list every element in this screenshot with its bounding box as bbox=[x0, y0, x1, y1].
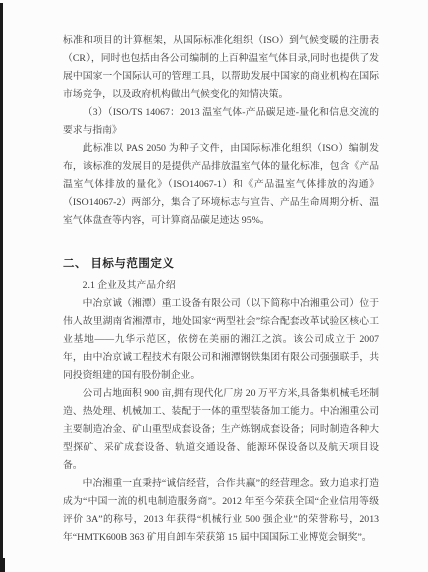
document-page: 标准和项目的计算框架，从国际标准化组织（ISO）到气候变暖的注册表（CR），同时… bbox=[0, 0, 428, 572]
section-heading-goals-scope: 二、 目标与范围定义 bbox=[63, 255, 379, 273]
paragraph-iso-ts-14067: （3）（ISO/TS 14067：2013 温室气体-产品碳足迹-量化和信息交流… bbox=[63, 104, 379, 140]
paragraph-framework-continuation: 标准和项目的计算框架，从国际标准化组织（ISO）到气候变暖的注册表（CR），同时… bbox=[63, 32, 379, 104]
paragraph-company-intro: 中冶京诚（湘潭）重工设备有限公司（以下简称中冶湘重公司）位于伟人故里湖南省湘潭市… bbox=[63, 295, 379, 385]
paragraph-company-capabilities: 公司占地面积 900 亩,拥有现代化厂房 20 万平方米,具备集机械毛坯制造、热… bbox=[63, 385, 379, 475]
paragraph-pas-2050: 此标准以 PAS 2050 为种子文件，由国际标准化组织（ISO）编制发布，该标… bbox=[63, 140, 379, 230]
scan-edge-corner bbox=[0, 558, 5, 572]
subsection-heading-company-intro: 2.1 企业及其产品介绍 bbox=[63, 277, 379, 295]
paragraph-company-honors: 中冶湘重一直秉持“诚信经营，合作共赢”的经营理念。致力追求打造成为“中国一流的机… bbox=[63, 475, 379, 547]
scan-edge-left bbox=[0, 3, 3, 572]
page-content: 标准和项目的计算框架，从国际标准化组织（ISO）到气候变暖的注册表（CR），同时… bbox=[63, 32, 379, 547]
